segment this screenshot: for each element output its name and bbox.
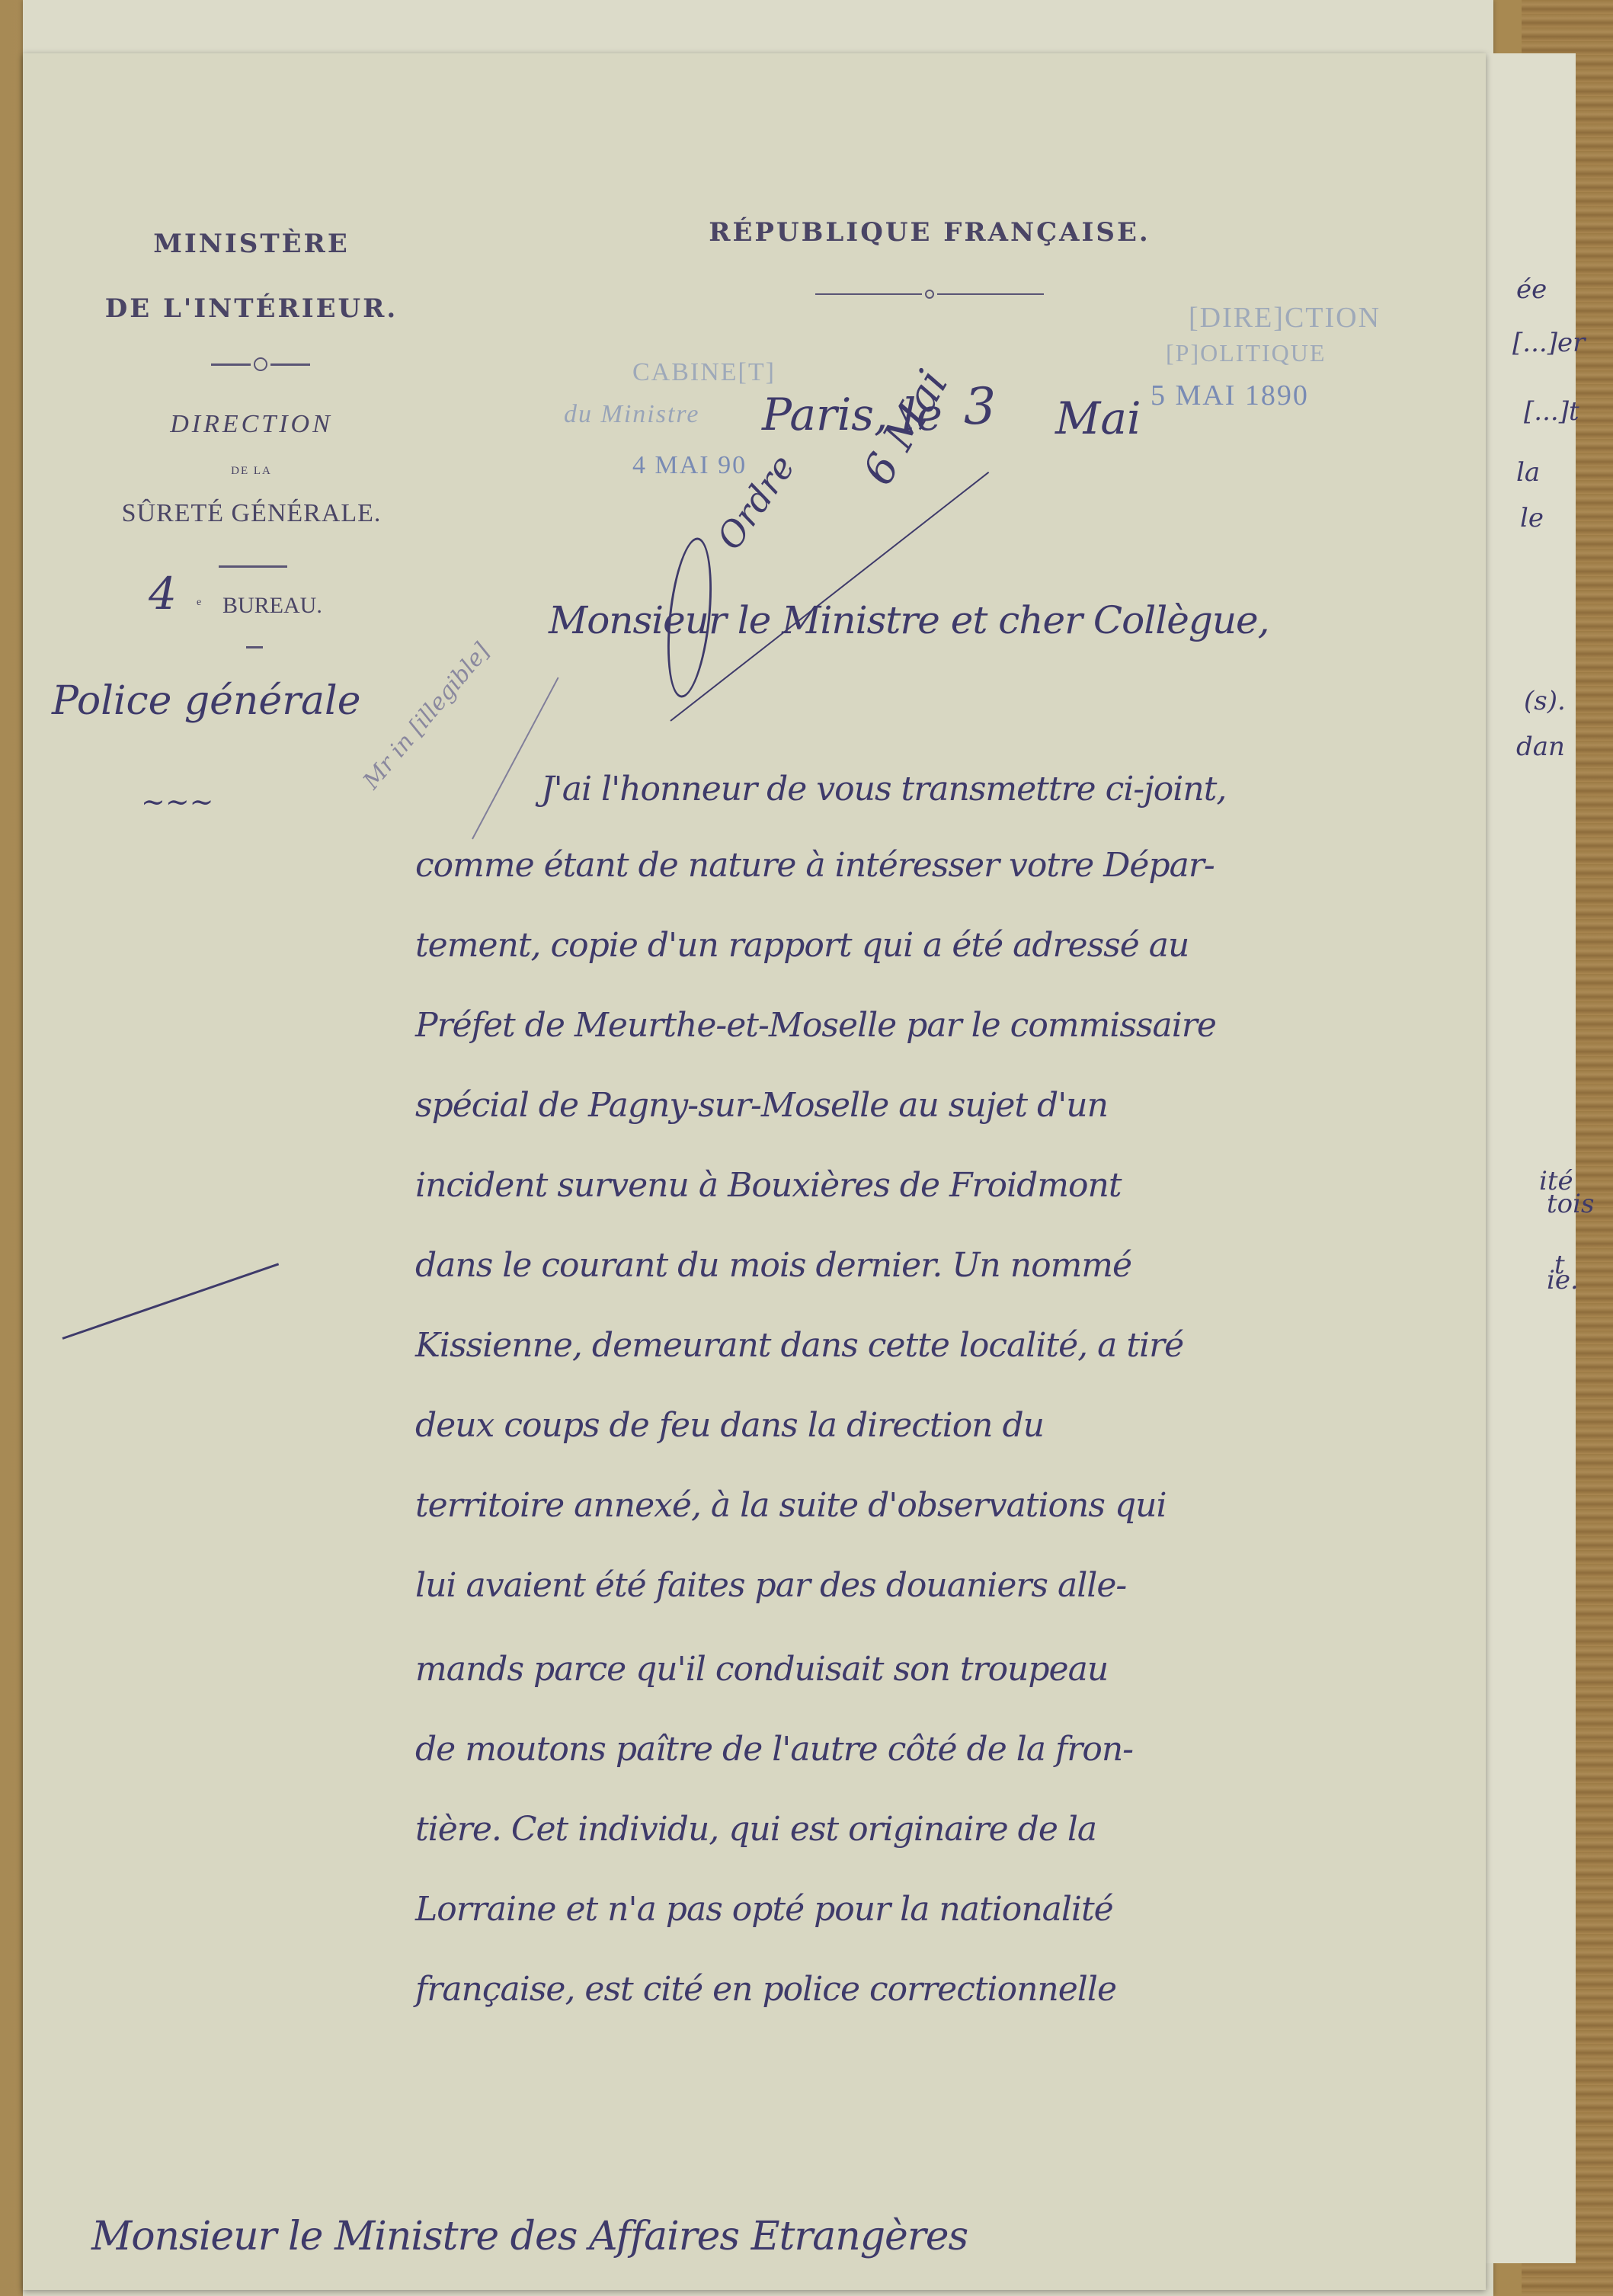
body-line: tière. Cet individu, qui est originaire …	[415, 1810, 1096, 1849]
dateline-month: Mai	[1055, 392, 1141, 444]
bureau-label: BUREAU.	[222, 593, 322, 619]
body-line: comme étant de nature à intéresser votre…	[415, 846, 1215, 885]
body-line: mands parce qu'il conduisait son troupea…	[415, 1650, 1108, 1689]
de-la-label: DE LA	[76, 465, 427, 478]
bureau-number: 4	[149, 568, 177, 620]
surete-generale-label: SÛRETÉ GÉNÉRALE.	[76, 499, 427, 528]
body-line: spécial de Pagny-sur-Moselle au sujet d'…	[415, 1086, 1108, 1125]
salutation: Monsieur le Ministre et cher Collègue,	[549, 598, 1269, 642]
flourish: ~~~	[141, 785, 214, 818]
ministry-title-line1: MINISTÈRE	[76, 229, 427, 259]
short-dash	[246, 646, 263, 648]
body-line: deux coups de feu dans la direction du	[415, 1406, 1044, 1445]
direction-stamp-date: 5 MAI 1890	[1151, 379, 1309, 412]
direction-label: DIRECTION	[76, 410, 427, 439]
ministry-title-line2: DE L'INTÉRIEUR.	[76, 293, 427, 324]
body-line: française, est cité en police correction…	[415, 1970, 1116, 2009]
body-line: J'ai l'honneur de vous transmettre ci-jo…	[541, 770, 1226, 809]
body-line: territoire annexé, à la suite d'observat…	[415, 1486, 1167, 1525]
divider	[219, 565, 287, 568]
addressee: Monsieur le Ministre des Affaires Etrang…	[91, 2214, 968, 2259]
ornament-divider	[211, 357, 310, 372]
body-line: Lorraine et n'a pas opté pour la nationa…	[415, 1890, 1113, 1929]
republic-divider	[815, 287, 1044, 302]
republic-title: RÉPUBLIQUE FRANÇAISE.	[632, 217, 1227, 248]
body-line: lui avaient été faites par des douaniers…	[415, 1566, 1126, 1605]
body-line: tement, copie d'un rapport qui a été adr…	[415, 926, 1189, 965]
body-line: Préfet de Meurthe-et-Moselle par le comm…	[415, 1006, 1216, 1045]
cabinet-stamp-date: 4 MAI 90	[632, 451, 747, 480]
bureau-suffix: e	[197, 597, 201, 609]
body-line: incident survenu à Bouxières de Froidmon…	[415, 1166, 1122, 1205]
service-note: Police générale	[52, 678, 360, 724]
body-line: de moutons paître de l'autre côté de la …	[415, 1730, 1133, 1769]
body-line: dans le courant du mois dernier. Un nomm…	[415, 1246, 1131, 1285]
body-line: Kissienne, demeurant dans cette localité…	[415, 1326, 1183, 1365]
dateline-day: 3	[964, 377, 996, 436]
